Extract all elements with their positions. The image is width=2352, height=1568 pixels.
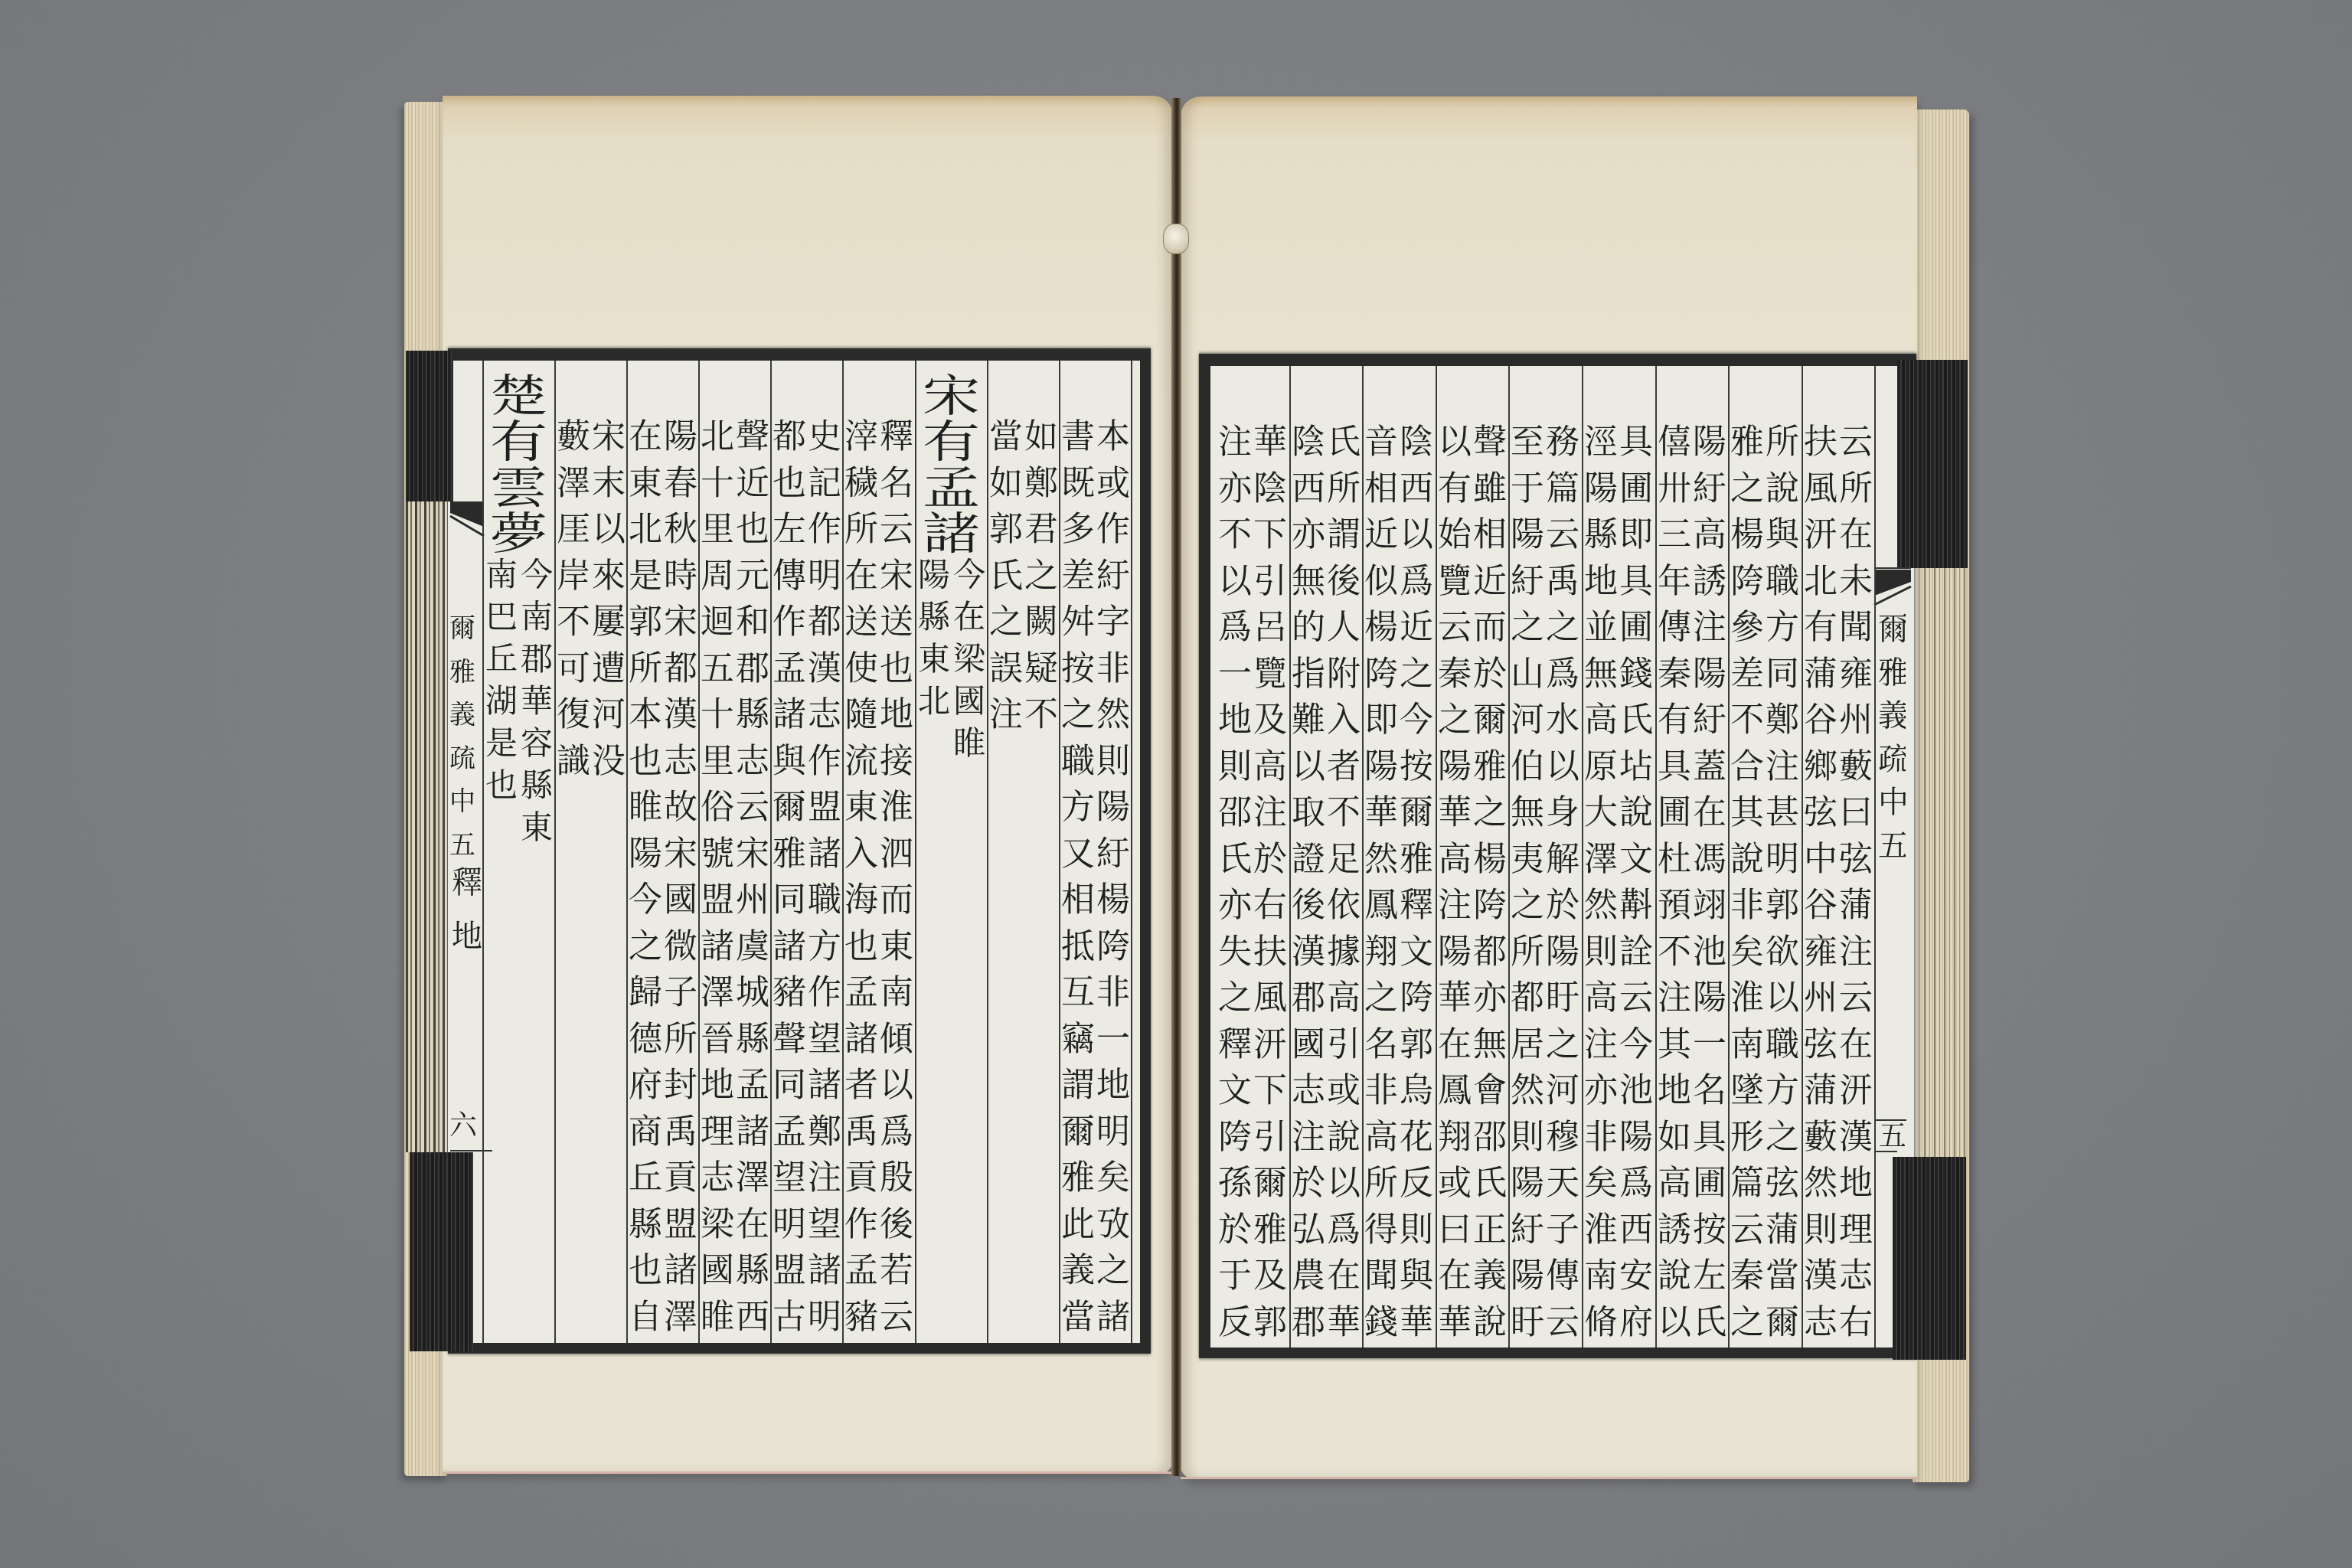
glyph: 或 xyxy=(1096,464,1131,511)
glyph: 差 xyxy=(1060,557,1096,603)
glyph: 華 xyxy=(1437,1303,1472,1350)
commentary-right: 氏所謂後人附入者不足依據高引或說以爲在華 xyxy=(1326,423,1361,1349)
commentary-left: 至于陽紆之山河伯無夷之所都居然則陽紆陽盱 xyxy=(1510,423,1545,1349)
glyph: 州 xyxy=(1803,978,1838,1025)
glyph: 是 xyxy=(628,557,663,603)
glyph: 使 xyxy=(844,649,879,696)
glyph: 華 xyxy=(1326,1303,1361,1350)
glyph: 楊 xyxy=(1096,880,1131,927)
glyph: 也 xyxy=(484,767,519,809)
glyph: 所 xyxy=(628,649,663,696)
left-column-4: 釋名云宋送也地接淮泗而東南傾以爲殷後若云 滓穢所在送使隨流東入海也孟諸者禹貢作孟… xyxy=(842,417,915,1359)
glyph: 陓 xyxy=(1399,978,1434,1025)
glyph: 盱 xyxy=(1545,978,1580,1025)
glyph: 解 xyxy=(1545,840,1580,887)
glyph: 三 xyxy=(1657,515,1692,562)
glyph: 晉 xyxy=(700,1020,735,1067)
glyph: 虞 xyxy=(735,927,770,974)
glyph: 也 xyxy=(879,649,914,696)
glyph: 諸 xyxy=(807,1251,842,1298)
glyph: 郡 xyxy=(1291,978,1326,1025)
glyph: 爾 xyxy=(1878,610,1906,654)
commentary-left: 滓穢所在送使隨流東入海也孟諸者禹貢作孟豬 xyxy=(844,417,879,1344)
glyph: 在 xyxy=(1437,1256,1472,1303)
glyph: 今 xyxy=(628,880,663,927)
right-column-8: 氏所謂後人附入者不足依據高引或說以爲在華 陰西亦無的指難以取證後漢郡國志注於弘農… xyxy=(1289,423,1362,1364)
glyph: 注 xyxy=(1583,1025,1619,1072)
glyph: 諸 xyxy=(807,835,842,881)
glyph: 志 xyxy=(663,742,698,789)
glyph: 參 xyxy=(1730,608,1765,655)
glyph: 鳳 xyxy=(1437,1071,1472,1118)
glyph: 河 xyxy=(1510,701,1545,747)
glyph: 高 xyxy=(1326,978,1361,1025)
glyph: 陰 xyxy=(1253,469,1288,516)
glyph: 至 xyxy=(1510,423,1545,469)
glyph: 楊 xyxy=(1730,515,1765,562)
glyph: 墜 xyxy=(1730,1071,1765,1118)
glyph: 弦 xyxy=(1838,840,1873,887)
glyph: 陓 xyxy=(1217,1118,1253,1165)
glyph: 陽 xyxy=(1510,1164,1545,1210)
glyph: 邵 xyxy=(1217,793,1253,840)
glyph: 左 xyxy=(1692,1256,1727,1303)
glyph: 氏 xyxy=(1692,1303,1727,1350)
glyph: 傳 xyxy=(1545,1256,1580,1303)
glyph: 今 xyxy=(1399,701,1434,747)
glyph: 陽 xyxy=(1692,978,1727,1025)
glyph: 之 xyxy=(1217,978,1253,1025)
glyph: 注 xyxy=(807,1158,842,1205)
glyph: 南 xyxy=(1583,1256,1619,1303)
glyph: 在 xyxy=(952,599,987,641)
glyph: 禹 xyxy=(844,1112,879,1159)
glyph: 時 xyxy=(663,557,698,603)
glyph: 號 xyxy=(700,835,735,881)
glyph: 末 xyxy=(591,464,626,511)
glyph: 丘 xyxy=(484,641,519,683)
glyph: 注 xyxy=(1838,933,1873,979)
glyph: 都 xyxy=(1510,978,1545,1025)
glyph: 高 xyxy=(1253,747,1288,794)
glyph: 之 xyxy=(1437,701,1472,747)
glyph: 南 xyxy=(1730,1025,1765,1072)
glyph: 所 xyxy=(844,510,879,557)
glyph: 送 xyxy=(844,603,879,649)
glyph: 入 xyxy=(1326,701,1361,747)
glyph: 圃 xyxy=(1692,1164,1727,1210)
glyph: 闕 xyxy=(1024,603,1059,649)
glyph: 地 xyxy=(1657,1071,1692,1118)
glyph: 陰 xyxy=(1399,423,1434,469)
glyph: 穆 xyxy=(1545,1118,1580,1165)
glyph: 與 xyxy=(772,742,807,789)
glyph: 諸 xyxy=(844,1020,879,1067)
glyph: 聞 xyxy=(1364,1256,1399,1303)
glyph: 丘 xyxy=(628,1158,663,1205)
glyph: 理 xyxy=(700,1112,735,1159)
glyph: 同 xyxy=(1765,655,1800,701)
glyph: 按 xyxy=(1692,1210,1727,1257)
glyph: 注 xyxy=(1437,886,1472,933)
glyph: 於 xyxy=(1545,886,1580,933)
glyph: 不 xyxy=(1217,515,1253,562)
glyph: 封 xyxy=(663,1066,698,1112)
glyph: 聲 xyxy=(735,417,770,464)
glyph: 陽 xyxy=(1510,515,1545,562)
glyph: 云 xyxy=(879,510,914,557)
glyph: 所 xyxy=(1838,469,1873,516)
glyph: 所 xyxy=(1364,1164,1399,1210)
book-photo: 爾雅義疏中五 釋地 六 本或作紆字非然則陽紆楊陓非一地明矣攷之諸 書既多差舛按之… xyxy=(0,0,2352,1568)
glyph: 地 xyxy=(1838,1164,1873,1210)
glyph: 字 xyxy=(1096,603,1131,649)
left-column-5: 史記作明都漢志作盟諸職方作望諸鄭注望諸明 都也左傳作孟諸與爾雅同諸豬聲同孟望明盟… xyxy=(770,417,843,1359)
glyph: 原 xyxy=(1583,747,1619,794)
glyph: 按 xyxy=(1060,649,1096,696)
glyph: 以 xyxy=(1437,423,1472,469)
glyph: 故 xyxy=(663,788,698,835)
glyph: 貢 xyxy=(844,1158,879,1205)
glyph: 陽 xyxy=(1364,747,1399,794)
glyph: 矣 xyxy=(1730,933,1765,979)
glyph: 疏 xyxy=(447,740,478,783)
glyph: 聲 xyxy=(1472,423,1508,469)
glyph: 豬 xyxy=(844,1298,879,1344)
glyph: 陽 xyxy=(1096,788,1131,835)
glyph: 者 xyxy=(844,1066,879,1112)
glyph: 年 xyxy=(1657,562,1692,609)
glyph: 郡 xyxy=(735,649,770,696)
glyph: 東 xyxy=(879,927,914,974)
glyph: 望 xyxy=(772,1158,807,1205)
glyph: 釋 xyxy=(879,417,914,464)
glyph: 盟 xyxy=(772,1251,807,1298)
glyph: 紆 xyxy=(1510,562,1545,609)
glyph: 盱 xyxy=(1510,1303,1545,1350)
glyph: 六 xyxy=(448,1109,479,1144)
glyph: 陽 xyxy=(1583,469,1619,516)
glyph: 秦 xyxy=(1437,655,1472,701)
right-banxin-title: 爾雅義疏中五 xyxy=(1878,610,1906,870)
glyph: 近 xyxy=(1364,515,1399,562)
glyph: 或 xyxy=(1326,1071,1361,1118)
glyph: 水 xyxy=(1545,701,1580,747)
glyph: 曰 xyxy=(1838,793,1873,840)
right-column-6: 聲雖相近而於爾雅之楊陓都亦無會邵氏正義說 以有始覽云秦之陽華高注陽華在鳳翔或曰在… xyxy=(1436,423,1508,1364)
glyph: 泗 xyxy=(879,835,914,881)
glyph: 春 xyxy=(663,464,698,511)
glyph: 的 xyxy=(1291,608,1326,655)
glyph: 君 xyxy=(1024,510,1059,557)
glyph: 足 xyxy=(1326,840,1361,887)
glyph: 不 xyxy=(1730,701,1765,747)
glyph: 孟 xyxy=(844,1251,879,1298)
spine-gutter xyxy=(1171,98,1181,1476)
glyph: 之 xyxy=(1545,608,1580,655)
glyph: 縣 xyxy=(735,1251,770,1298)
glyph: 篇 xyxy=(1730,1164,1765,1210)
glyph: 秦 xyxy=(1730,1256,1765,1303)
glyph: 孟 xyxy=(844,973,879,1020)
glyph: 無 xyxy=(1510,793,1545,840)
glyph: 互 xyxy=(1060,973,1096,1020)
glyph: 反 xyxy=(1217,1303,1253,1350)
glyph: 聞 xyxy=(1838,608,1873,655)
glyph: 如 xyxy=(1657,1118,1692,1165)
glyph: 史 xyxy=(807,417,842,464)
glyph: 雅 xyxy=(1399,840,1434,887)
glyph: 流 xyxy=(844,742,879,789)
glyph: 義 xyxy=(447,696,478,740)
glyph: 湖 xyxy=(484,683,519,725)
glyph: 國 xyxy=(952,683,987,725)
glyph: 高 xyxy=(1583,978,1619,1025)
glyph: 華 xyxy=(1364,793,1399,840)
glyph: 合 xyxy=(1730,747,1765,794)
glyph: 下 xyxy=(1253,515,1288,562)
glyph: 宋 xyxy=(904,373,999,419)
glyph: 之 xyxy=(1060,695,1096,742)
binding-thread-knot xyxy=(1163,224,1189,254)
glyph: 爾 xyxy=(1765,1303,1800,1350)
glyph: 高 xyxy=(1437,840,1472,887)
glyph: 據 xyxy=(1326,933,1361,979)
glyph: 東 xyxy=(916,641,952,683)
glyph: 攷 xyxy=(1096,1205,1131,1252)
glyph: 楚 xyxy=(472,373,567,419)
glyph: 睢 xyxy=(700,1298,735,1344)
glyph: 五 xyxy=(700,649,735,696)
glyph: 雅 xyxy=(1253,1210,1288,1257)
glyph: 漢 xyxy=(1838,1118,1873,1165)
commentary-right: 如鄭君之闕疑不 xyxy=(1024,417,1059,742)
glyph: 附 xyxy=(1326,655,1361,701)
glyph: 形 xyxy=(1730,1118,1765,1165)
glyph: 疏 xyxy=(1878,740,1906,784)
glyph: 詮 xyxy=(1619,933,1654,979)
glyph: 地 xyxy=(1583,562,1619,609)
commentary-right: 陰西以爲近之今按爾雅釋文陓郭烏花反則與華 xyxy=(1399,423,1434,1349)
left-banxin-bottom-black-mouth xyxy=(410,1152,473,1351)
glyph: 曰 xyxy=(1437,1210,1472,1257)
right-page-number: 五 xyxy=(1879,1119,1905,1155)
glyph: 遭 xyxy=(591,649,626,696)
glyph: 文 xyxy=(1619,840,1654,887)
glyph: 郭 xyxy=(1399,1025,1434,1072)
glyph: 陽 xyxy=(1692,423,1727,469)
glyph: 也 xyxy=(628,742,663,789)
glyph: 有 xyxy=(1657,701,1692,747)
glyph: 華 xyxy=(1253,423,1288,469)
glyph: 之 xyxy=(1364,978,1399,1025)
glyph: 後 xyxy=(879,1205,914,1252)
glyph: 盟 xyxy=(700,880,735,927)
glyph: 爲 xyxy=(1545,655,1580,701)
glyph: 云 xyxy=(1838,978,1873,1025)
glyph: 汧 xyxy=(1803,515,1838,562)
glyph: 說 xyxy=(1619,793,1654,840)
glyph: 篇 xyxy=(1545,469,1580,516)
glyph: 縣 xyxy=(519,767,554,809)
glyph: 池 xyxy=(1619,1071,1654,1118)
glyph: 農 xyxy=(1291,1256,1326,1303)
glyph: 注 xyxy=(1217,423,1253,469)
glyph: 云 xyxy=(1545,1303,1580,1350)
glyph: 取 xyxy=(1291,793,1326,840)
glyph: 然 xyxy=(1096,695,1131,742)
glyph: 注 xyxy=(1291,1118,1326,1165)
glyph: 如 xyxy=(1024,417,1059,464)
glyph: 義 xyxy=(1878,697,1906,740)
glyph: 在 xyxy=(628,417,663,464)
glyph: 鄭 xyxy=(807,1112,842,1159)
glyph: 之 xyxy=(1399,655,1434,701)
glyph: 扶 xyxy=(1253,933,1288,979)
glyph: 貢 xyxy=(663,1158,698,1205)
glyph: 隨 xyxy=(844,695,879,742)
left-page-number: 六 xyxy=(448,1109,479,1144)
glyph: 爾 xyxy=(1399,793,1434,840)
glyph: 陽 xyxy=(663,417,698,464)
glyph: 下 xyxy=(1253,1071,1288,1118)
glyph: 或 xyxy=(1437,1164,1472,1210)
glyph: 以 xyxy=(879,1066,914,1112)
glyph: 淮 xyxy=(879,788,914,835)
annotation-right: 今在梁國睢 xyxy=(952,557,987,767)
glyph: 雅 xyxy=(1060,1158,1096,1205)
glyph: 漢 xyxy=(663,695,698,742)
glyph: 睢 xyxy=(628,788,663,835)
glyph: 同 xyxy=(772,1066,807,1112)
glyph: 失 xyxy=(1217,933,1253,979)
commentary-left: 雅之楊陓參差不合其說非矣淮南墜形篇云秦之 xyxy=(1730,423,1765,1349)
glyph: 高 xyxy=(1657,1164,1692,1210)
glyph: 海 xyxy=(844,880,879,927)
glyph: 傾 xyxy=(879,1020,914,1067)
glyph: 郭 xyxy=(628,603,663,649)
commentary-right: 陽春秋時宋都漢志故宋國微子所封禹貢盟諸澤 xyxy=(663,417,698,1344)
glyph: 明 xyxy=(807,1298,842,1344)
left-banxin-section: 釋地 xyxy=(452,859,482,966)
commentary-right: 華陰下引呂覽及高注於右扶風汧下引爾雅及郭 xyxy=(1253,423,1288,1349)
glyph: 俗 xyxy=(700,788,735,835)
glyph: 非 xyxy=(1096,973,1131,1020)
glyph: 漢 xyxy=(1803,1256,1838,1303)
glyph: 當 xyxy=(1765,1256,1800,1303)
glyph: 翊 xyxy=(1692,886,1727,933)
glyph: 諸 xyxy=(1096,1298,1131,1344)
glyph: 注 xyxy=(1692,608,1727,655)
glyph: 之 xyxy=(1472,793,1508,840)
glyph: 識 xyxy=(556,742,591,789)
left-column-8: 宋末以來屢遭河没 藪澤厓岸不可復識 xyxy=(554,417,627,1359)
glyph: 陽 xyxy=(1692,655,1727,701)
right-column-9: 華陰下引呂覽及高注於右扶風汧下引爾雅及郭 注亦不以爲一地則邵氏亦失之釋文陓孫於于… xyxy=(1216,423,1289,1364)
glyph: 之 xyxy=(1765,1118,1800,1165)
glyph: 都 xyxy=(1472,933,1508,979)
glyph: 紆 xyxy=(1692,701,1727,747)
glyph: 縣 xyxy=(735,1020,770,1067)
glyph: 郡 xyxy=(519,641,554,683)
glyph: 謂 xyxy=(1326,515,1361,562)
glyph: 作 xyxy=(772,603,807,649)
glyph: 作 xyxy=(807,973,842,1020)
glyph: 翔 xyxy=(1364,933,1399,979)
glyph: 然 xyxy=(1510,1071,1545,1118)
glyph: 望 xyxy=(807,1205,842,1252)
glyph: 及 xyxy=(1253,701,1288,747)
glyph: 華 xyxy=(1399,1303,1434,1350)
glyph: 則 xyxy=(1096,742,1131,789)
glyph: 志 xyxy=(735,742,770,789)
glyph: 復 xyxy=(556,695,591,742)
glyph: 坫 xyxy=(1619,747,1654,794)
glyph: 宋 xyxy=(591,417,626,464)
glyph: 義 xyxy=(1060,1251,1096,1298)
right-fish-tail-icon xyxy=(1873,568,1913,608)
glyph: 無 xyxy=(1291,562,1326,609)
glyph: 州 xyxy=(735,880,770,927)
glyph: 亦 xyxy=(1472,978,1508,1025)
glyph: 宋 xyxy=(663,603,698,649)
glyph: 然 xyxy=(1583,886,1619,933)
glyph: 十 xyxy=(700,695,735,742)
glyph: 是 xyxy=(484,725,519,767)
glyph: 斠 xyxy=(1619,886,1654,933)
glyph: 里 xyxy=(700,510,735,557)
glyph: 與 xyxy=(1765,515,1800,562)
glyph: 引 xyxy=(1253,562,1288,609)
glyph: 里 xyxy=(700,742,735,789)
right-column-5: 務篇云禹之爲水以身解於陽盱之河穆天子傳云 至于陽紆之山河伯無夷之所都居然則陽紆陽… xyxy=(1508,423,1581,1364)
glyph: 爾 xyxy=(772,788,807,835)
glyph: 之 xyxy=(988,603,1024,649)
glyph: 在 xyxy=(1692,793,1727,840)
glyph: 覽 xyxy=(1437,562,1472,609)
glyph: 陽 xyxy=(1510,1256,1545,1303)
glyph: 於 xyxy=(1217,1210,1253,1257)
glyph: 巴 xyxy=(484,599,519,641)
glyph: 烏 xyxy=(1399,1071,1434,1118)
glyph: 差 xyxy=(1730,655,1765,701)
glyph: 郭 xyxy=(1253,1303,1288,1350)
glyph: 之 xyxy=(1545,1025,1580,1072)
glyph: 東 xyxy=(844,788,879,835)
glyph: 僖 xyxy=(1657,423,1692,469)
glyph: 然 xyxy=(1364,840,1399,887)
glyph: 池 xyxy=(1692,933,1727,979)
glyph: 云 xyxy=(1730,1210,1765,1257)
glyph: 有 xyxy=(1803,608,1838,655)
glyph: 即 xyxy=(1619,515,1654,562)
glyph: 伯 xyxy=(1510,747,1545,794)
glyph: 圃 xyxy=(1619,608,1654,655)
glyph: 則 xyxy=(1583,933,1619,979)
glyph: 謂 xyxy=(1060,1066,1096,1112)
glyph: 並 xyxy=(1583,608,1619,655)
glyph: 接 xyxy=(879,742,914,789)
glyph: 後 xyxy=(1291,886,1326,933)
glyph: 志 xyxy=(700,1158,735,1205)
glyph: 以 xyxy=(1765,978,1800,1025)
glyph: 梁 xyxy=(952,641,987,683)
glyph: 西 xyxy=(1399,469,1434,516)
glyph: 夢 xyxy=(472,511,567,557)
glyph: 具 xyxy=(1619,562,1654,609)
glyph: 雅 xyxy=(772,835,807,881)
glyph: 滓 xyxy=(844,417,879,464)
